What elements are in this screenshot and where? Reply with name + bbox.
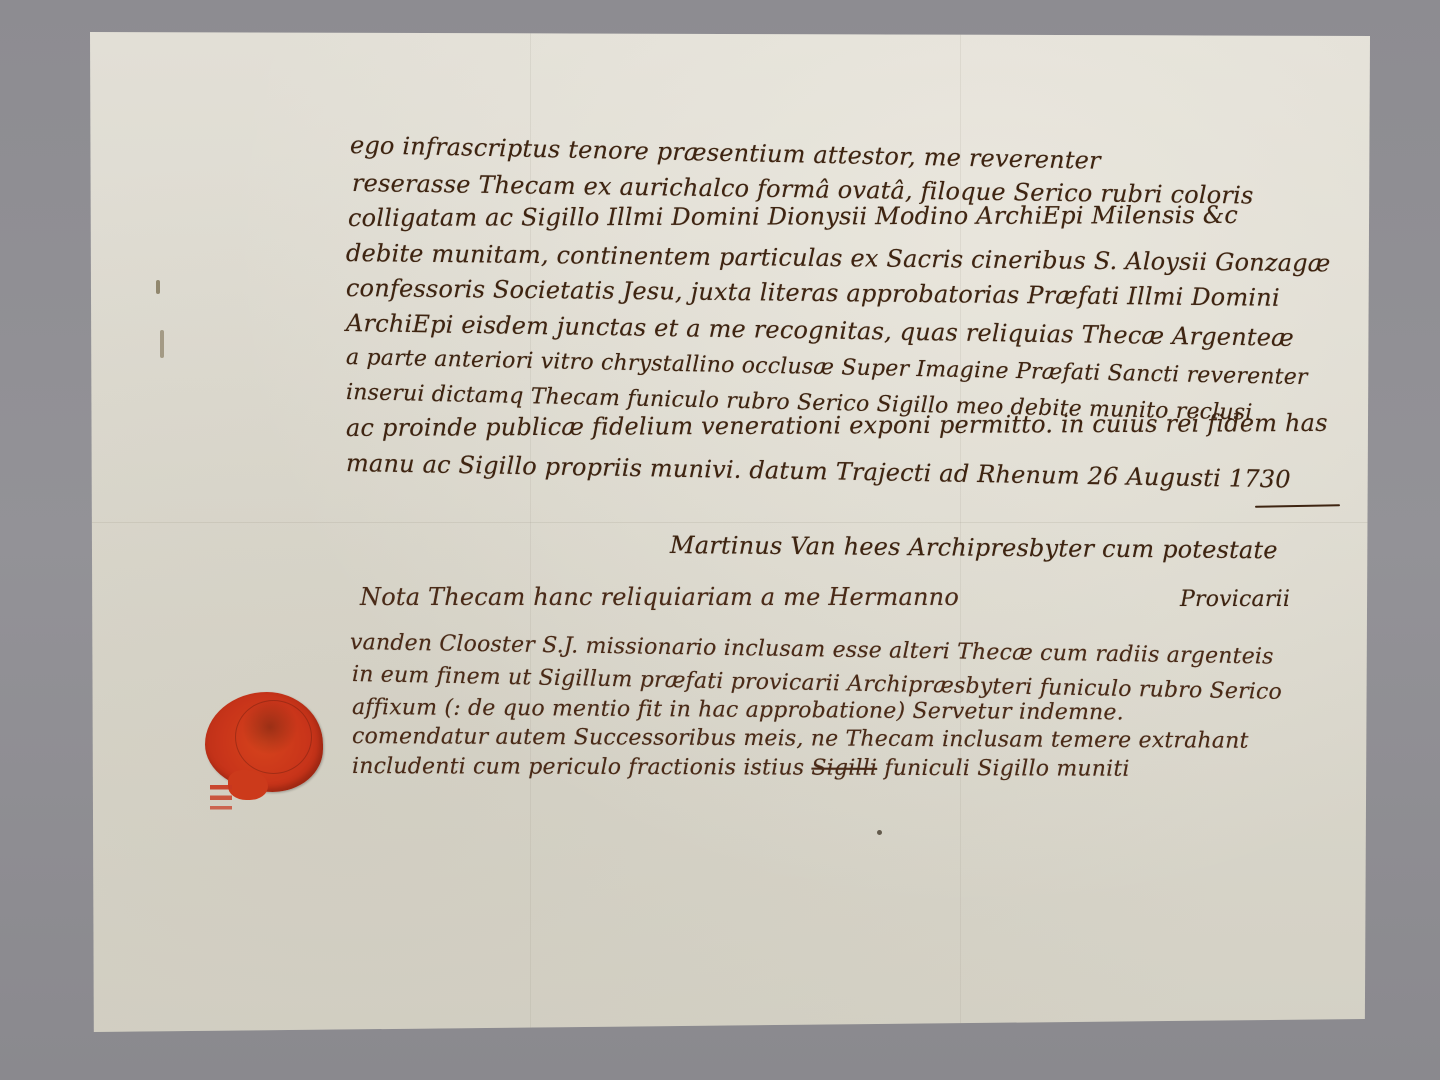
ink-mark-2 bbox=[160, 330, 164, 358]
ink-speck bbox=[877, 830, 882, 835]
nota-text: funiculi Sigillo muniti bbox=[884, 756, 1129, 782]
nota-text: includenti cum periculo fractionis istiu… bbox=[352, 754, 804, 781]
nota-line: Nota Thecam hanc reliquiariam a me Herma… bbox=[360, 582, 959, 612]
signature-title: Provicarii bbox=[1180, 585, 1290, 615]
seal-drip bbox=[210, 785, 232, 815]
seal-impression bbox=[235, 700, 312, 774]
ink-mark bbox=[156, 280, 160, 294]
struck-word: Sigilli bbox=[811, 756, 877, 781]
nota-line: includenti cum periculo fractionis istiu… bbox=[352, 752, 1130, 785]
main-text-line: colligatam ac Sigillo Illmi Domini Diony… bbox=[348, 200, 1238, 233]
signature-line: Martinus Van hees Archipresbyter cum pot… bbox=[670, 530, 1278, 565]
main-text-line: ac proinde publicæ fidelium venerationi … bbox=[346, 408, 1328, 443]
seal-tail bbox=[228, 770, 268, 800]
paper-fold-horizontal bbox=[90, 522, 1370, 523]
